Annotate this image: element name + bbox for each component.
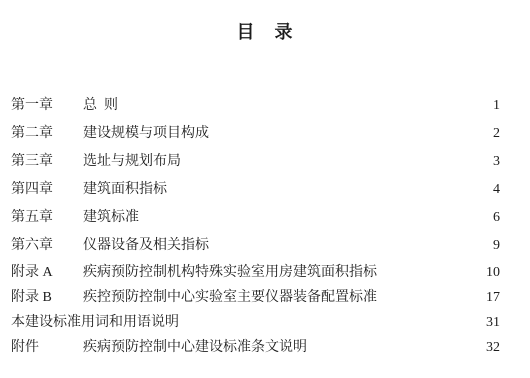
toc-entry-title: 建筑标准 [83,204,139,232]
document-page: 目 录 第一章 总 则 1 第二章 建设规模与项目构成 2 第三章 选址与规划布… [0,0,530,378]
toc-entry: 第二章 建设规模与项目构成 2 [11,120,500,148]
toc-entry-page: 2 [486,120,500,148]
page-title: 目 录 [11,22,519,42]
toc-entry: 第五章 建筑标准 6 [11,204,500,232]
toc-entry-page: 31 [486,310,500,335]
dot-leader [181,312,485,326]
toc-entry-title: 选址与规划布局 [83,148,181,176]
toc-entry-title: 疾控预防控制中心实验室主要仪器装备配置标准 [83,285,377,310]
toc-entry-page: 10 [486,260,500,285]
toc-entry-title: 疾病预防控制机构特殊实验室用房建筑面积指标 [83,260,377,285]
dot-leader [211,235,485,249]
dot-leader [120,95,485,109]
toc-entry-title: 本建设标准用词和用语说明 [11,310,179,335]
toc-entry-page: 6 [486,204,500,232]
toc-entry-label: 第二章 [11,120,83,148]
toc-list: 第一章 总 则 1 第二章 建设规模与项目构成 2 第三章 选址与规划布局 3 … [11,92,500,360]
dot-leader [309,337,485,351]
toc-entry: 本建设标准用词和用语说明 31 [11,310,500,335]
dot-leader [141,207,485,221]
dot-leader [183,151,485,165]
toc-entry: 附录 B 疾控预防控制中心实验室主要仪器装备配置标准 17 [11,285,500,310]
toc-entry: 附录 A 疾病预防控制机构特殊实验室用房建筑面积指标 10 [11,260,500,285]
toc-entry-page: 9 [486,232,500,260]
toc-entry-title: 疾病预防控制中心建设标准条文说明 [83,335,307,360]
toc-entry-title: 总 则 [83,92,118,120]
toc-entry-label: 第一章 [11,92,83,120]
toc-entry-label: 附件 [11,335,83,360]
toc-entry-label: 第五章 [11,204,83,232]
dot-leader [379,287,485,301]
toc-entry-title: 建设规模与项目构成 [83,120,209,148]
toc-entry: 第三章 选址与规划布局 3 [11,148,500,176]
toc-entry: 第四章 建筑面积指标 4 [11,176,500,204]
toc-entry-page: 3 [486,148,500,176]
toc-entry-label: 附录 B [11,285,83,310]
toc-entry: 附件 疾病预防控制中心建设标准条文说明 32 [11,335,500,360]
toc-entry-page: 1 [486,92,500,120]
toc-entry-page: 17 [486,285,500,310]
toc-entry-title: 仪器设备及相关指标 [83,232,209,260]
toc-entry-page: 4 [486,176,500,204]
toc-entry-page: 32 [486,335,500,360]
dot-leader [169,179,485,193]
toc-entry-label: 第六章 [11,232,83,260]
toc-entry-label: 第四章 [11,176,83,204]
dot-leader [379,262,485,276]
dot-leader [211,123,485,137]
toc-entry-title: 建筑面积指标 [83,176,167,204]
toc-entry-label: 附录 A [11,260,83,285]
toc-entry: 第一章 总 则 1 [11,92,500,120]
toc-entry-label: 第三章 [11,148,83,176]
toc-entry: 第六章 仪器设备及相关指标 9 [11,232,500,260]
